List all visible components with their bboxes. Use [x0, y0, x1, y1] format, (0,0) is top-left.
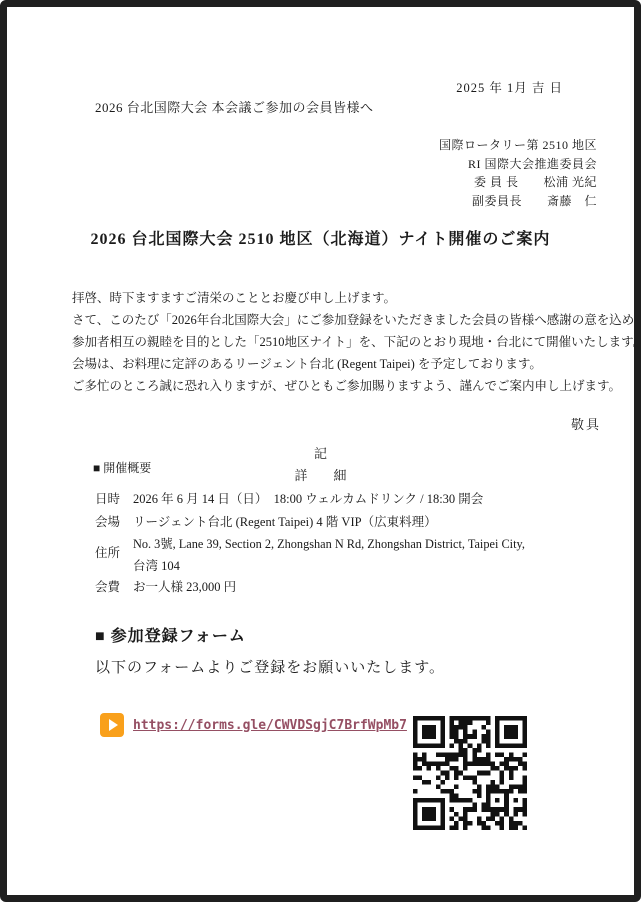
registration-form-link[interactable]: https://forms.gle/CWVDSgjC7BrfWpMb7 — [133, 718, 407, 733]
detail-row-fee: 会費お一人様 23,000 円 — [95, 577, 236, 595]
detail-value: 2026 年 6 月 14 日（日） 18:00 ウェルカムドリンク / 18:… — [133, 492, 483, 506]
detail-label: 日時 — [95, 489, 133, 507]
sender-district: 国際ロータリー第 2510 地区 — [439, 136, 597, 155]
detail-label: 会費 — [95, 577, 133, 595]
body-line: 会場は、お料理に定評のあるリージェント台北 (Regent Taipei) を予… — [72, 353, 641, 375]
body-line: 拝啓、時下ますますご清栄のこととお慶び申し上げます。 — [72, 287, 641, 309]
letter-date: 2025 年 1月 吉 日 — [456, 78, 563, 96]
sender-block: 国際ロータリー第 2510 地区 RI 国際大会推進委員会 委 員 長 松浦 光… — [439, 136, 597, 210]
addressee-line: 2026 台北国際大会 本会議ご参加の会員皆様へ — [95, 97, 374, 116]
registration-instruction: 以下のフォームよりご登録をお願いいたします。 — [95, 656, 445, 677]
detail-row-venue: 会場リージェント台北 (Regent Taipei) 4 階 VIP（広東料理） — [95, 512, 437, 530]
sender-chair: 委 員 長 松浦 光紀 — [439, 173, 597, 192]
detail-value-address-line2: 台湾 104 — [133, 556, 180, 574]
detail-value: お一人様 23,000 円 — [133, 580, 236, 594]
closing-word: 敬具 — [571, 414, 601, 433]
detail-value-address-line1: No. 3號, Lane 39, Section 2, Zhongshan N … — [133, 534, 525, 552]
detail-label-address: 住所 — [95, 543, 120, 561]
letter-page: 2025 年 1月 吉 日 2026 台北国際大会 本会議ご参加の会員皆様へ 国… — [0, 0, 641, 902]
detail-heading: 詳 細 — [7, 465, 634, 484]
letter-title: 2026 台北国際大会 2510 地区（北海道）ナイト開催のご案内 — [7, 226, 634, 249]
body-line: 参加者相互の親睦を目的とした「2510地区ナイト」を、下記のとおり現地・台北にて… — [72, 331, 641, 353]
qr-code-icon — [413, 716, 527, 830]
registration-link-row: https://forms.gle/CWVDSgjC7BrfWpMb7 — [100, 713, 407, 737]
sender-vice-chair: 副委員長 斎藤 仁 — [439, 192, 597, 211]
detail-row-datetime: 日時2026 年 6 月 14 日（日） 18:00 ウェルカムドリンク / 1… — [95, 489, 483, 507]
play-icon — [100, 713, 124, 737]
body-line: ご多忙のところ誠に恐れ入りますが、ぜひともご参加賜りますよう、謹んでご案内申し上… — [72, 375, 641, 397]
body-line: さて、このたび「2026年台北国際大会」にご参加登録をいただきました会員の皆様へ… — [72, 309, 641, 331]
registration-heading: ■ 参加登録フォーム — [95, 623, 246, 646]
detail-value: リージェント台北 (Regent Taipei) 4 階 VIP（広東料理） — [133, 515, 437, 529]
letter-body: 拝啓、時下ますますご清栄のこととお慶び申し上げます。 さて、このたび「2026年… — [72, 287, 641, 397]
detail-label: 会場 — [95, 512, 133, 530]
sender-committee: RI 国際大会推進委員会 — [439, 155, 597, 174]
